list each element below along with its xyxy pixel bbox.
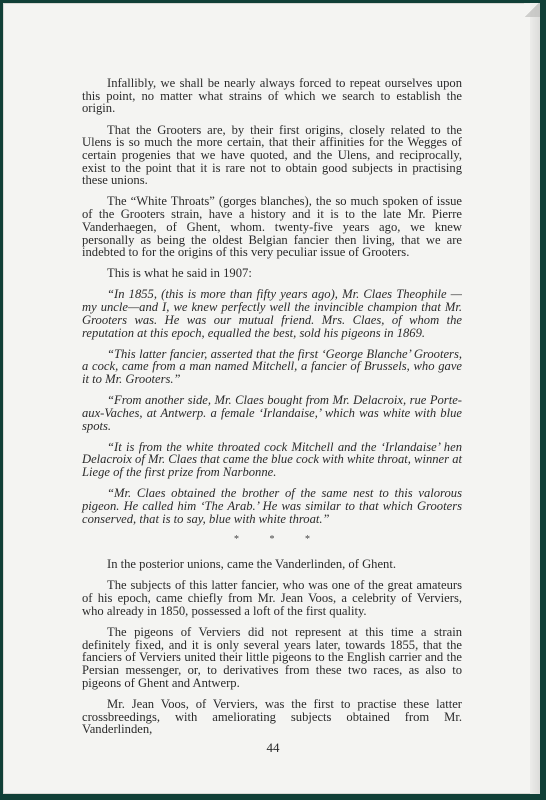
paragraph: The “White Throats” (gorges blanches), t… xyxy=(82,195,462,259)
quote-paragraph: “In 1855, (this is more than fifty years… xyxy=(82,288,462,339)
section-separator: * * * xyxy=(82,534,462,547)
quote-paragraph: “Mr. Claes obtained the brother of the s… xyxy=(82,487,462,525)
asterisk: * xyxy=(234,534,239,547)
paragraph: The subjects of this latter fancier, who… xyxy=(82,579,462,617)
paragraph: The pigeons of Verviers did not represen… xyxy=(82,626,462,690)
page-edge-shadow xyxy=(530,3,540,794)
page-number: 44 xyxy=(0,740,546,756)
paragraph: Infallibly, we shall be nearly always fo… xyxy=(82,77,462,115)
quote-paragraph: “This latter fancier, asserted that the … xyxy=(82,348,462,386)
asterisk: * xyxy=(270,534,275,547)
paragraph: Mr. Jean Voos, of Verviers, was the firs… xyxy=(82,698,462,736)
paragraph: In the posterior unions, came the Vander… xyxy=(82,558,462,571)
paragraph: That the Grooters are, by their first or… xyxy=(82,124,462,188)
page-corner-fold xyxy=(524,3,540,17)
asterisk: * xyxy=(305,534,310,547)
quote-paragraph: “From another side, Mr. Claes bought fro… xyxy=(82,394,462,432)
page-frame: Infallibly, we shall be nearly always fo… xyxy=(0,0,546,800)
quote-paragraph: “It is from the white throated cock Mitc… xyxy=(82,441,462,479)
body-text: Infallibly, we shall be nearly always fo… xyxy=(82,77,462,744)
paragraph: This is what he said in 1907: xyxy=(82,267,462,280)
